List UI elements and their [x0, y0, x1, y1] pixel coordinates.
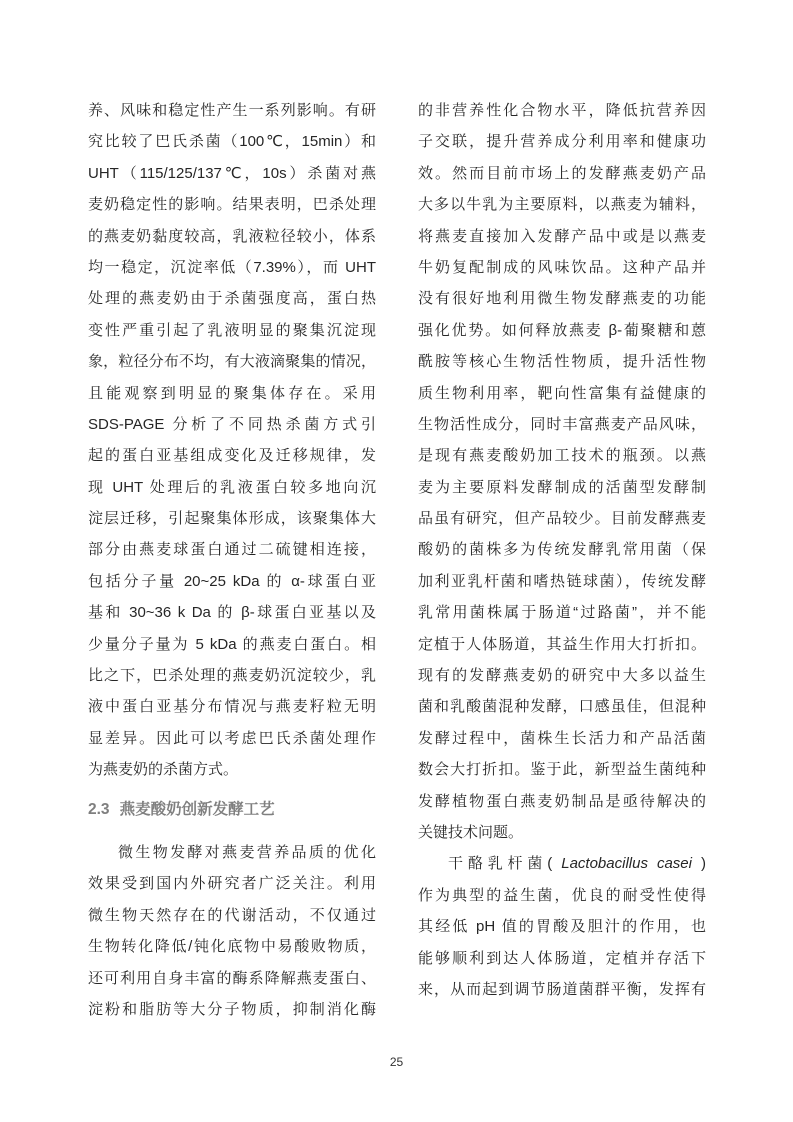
text-line: 处理的燕麦奶由于杀菌强度高，蛋白热 [88, 283, 376, 314]
section-2-2-continuation-text: 养、风味和稳定性产生一系列影响。有研究比较了巴氏杀菌（100℃，15min）和U… [88, 95, 376, 786]
text-line: 酸奶的菌株多为传统发酵乳常用菌（保 [418, 534, 706, 565]
text-line: 微生物天然存在的代谢活动，不仅通过 [88, 900, 376, 931]
text-line: 牛奶复配制成的风味饮品。这种产品并 [418, 252, 706, 283]
text-line: 部分由燕麦球蛋白通过二硫键相连接， [88, 534, 376, 565]
text-line: 麦为主要原料发酵制成的活菌型发酵制 [418, 472, 706, 503]
text-line: 数会大打折扣。鉴于此，新型益生菌纯种 [418, 754, 706, 785]
text-line: 为燕麦奶的杀菌方式。 [88, 754, 376, 785]
text-line: 微生物发酵对燕麦营养品质的优化 [88, 837, 376, 868]
text-line: 现 UHT 处理后的乳液蛋白较多地向沉 [88, 472, 376, 503]
text-line: 是现有燕麦酸奶加工技术的瓶颈。以燕 [418, 440, 706, 471]
text-line: 的非营养性化合物水平，降低抗营养因 [418, 95, 706, 126]
text-line: 来，从而起到调节肠道菌群平衡，发挥有 [418, 974, 706, 1005]
section-number: 2.3 [88, 801, 110, 818]
text-line: 生物活性成分，同时丰富燕麦产品风味， [418, 409, 706, 440]
text-line: 显差异。因此可以考虑巴氏杀菌处理作 [88, 723, 376, 754]
section-2-3-paragraph-text: 微生物发酵对燕麦营养品质的优化效果受到国内外研究者广泛关注。利用微生物天然存在的… [88, 837, 376, 1025]
text-line: 象，粒径分布不均，有大液滴聚集的情况， [88, 346, 376, 377]
text-line: 干酪乳杆菌( Lactobacillus casei ) [418, 848, 706, 879]
text-line: 均一稳定，沉淀率低（7.39%），而 UHT [88, 252, 376, 283]
text-segment: ) [692, 855, 706, 872]
text-line: 且能观察到明显的聚集体存在。采用 [88, 378, 376, 409]
text-line: 究比较了巴氏杀菌（100℃，15min）和 [88, 126, 376, 157]
document-page: 养、风味和稳定性产生一系列影响。有研究比较了巴氏杀菌（100℃，15min）和U… [0, 0, 793, 1122]
text-line: 发酵植物蛋白燕麦奶制品是亟待解决的 [418, 786, 706, 817]
text-line: 质生物利用率，靶向性富集有益健康的 [418, 378, 706, 409]
text-line: 作为典型的益生菌，优良的耐受性使得 [418, 880, 706, 911]
text-line: 定植于人体肠道，其益生作用大打折扣。 [418, 629, 706, 660]
text-segment: 干酪乳杆菌( [448, 855, 561, 872]
text-line: 效果受到国内外研究者广泛关注。利用 [88, 868, 376, 899]
text-line: 子交联，提升营养成分利用率和健康功 [418, 126, 706, 157]
text-line: 没有很好地利用微生物发酵燕麦的功能 [418, 283, 706, 314]
text-line: 起的蛋白亚基组成变化及迁移规律，发 [88, 440, 376, 471]
left-column: 养、风味和稳定性产生一系列影响。有研究比较了巴氏杀菌（100℃，15min）和U… [88, 95, 376, 1025]
text-line: 能够顺利到达人体肠道，定植并存活下 [418, 943, 706, 974]
text-line: 酰胺等核心生物活性物质，提升活性物 [418, 346, 706, 377]
section-heading: 2.3燕麦酸奶创新发酵工艺 [88, 794, 376, 825]
text-line: 包括分子量 20~25 kDa 的 α-球蛋白亚 [88, 566, 376, 597]
text-line: 麦奶稳定性的影响。结果表明，巴杀处理 [88, 189, 376, 220]
right-column: 的非营养性化合物水平，降低抗营养因子交联，提升营养成分利用率和健康功效。然而目前… [418, 95, 706, 1005]
text-line: 基和 30~36 k Da 的 β-球蛋白亚基以及 [88, 597, 376, 628]
text-line: 其经低 pH 值的胃酸及胆汁的作用，也 [418, 911, 706, 942]
text-line: 效。然而目前市场上的发酵燕麦奶产品 [418, 158, 706, 189]
section-title: 燕麦酸奶创新发酵工艺 [120, 801, 275, 818]
text-line: 乳常用菌株属于肠道“过路菌”，并不能 [418, 597, 706, 628]
species-name-italic: Lactobacillus casei [561, 855, 692, 872]
probiotic-paragraph-text: 干酪乳杆菌( Lactobacillus casei )作为典型的益生菌，优良的… [418, 848, 706, 1005]
text-line: 养、风味和稳定性产生一系列影响。有研 [88, 95, 376, 126]
text-line: SDS-PAGE 分析了不同热杀菌方式引 [88, 409, 376, 440]
text-line: 的燕麦奶黏度较高，乳液粒径较小，体系 [88, 221, 376, 252]
text-line: 大多以牛乳为主要原料，以燕麦为辅料， [418, 189, 706, 220]
right-column-continuation-text: 的非营养性化合物水平，降低抗营养因子交联，提升营养成分利用率和健康功效。然而目前… [418, 95, 706, 848]
text-line: 还可利用自身丰富的酶系降解燕麦蛋白、 [88, 963, 376, 994]
page-number: 25 [0, 1055, 793, 1069]
text-line: 少量分子量为 5 kDa 的燕麦白蛋白。相 [88, 629, 376, 660]
text-line: UHT（115/125/137℃，10s）杀菌对燕 [88, 158, 376, 189]
text-line: 现有的发酵燕麦奶的研究中大多以益生 [418, 660, 706, 691]
text-line: 将燕麦直接加入发酵产品中或是以燕麦 [418, 221, 706, 252]
text-line: 菌和乳酸菌混种发酵，口感虽佳，但混种 [418, 691, 706, 722]
text-line: 液中蛋白亚基分布情况与燕麦籽粒无明 [88, 691, 376, 722]
text-line: 强化优势。如何释放燕麦 β-葡聚糖和蒽 [418, 315, 706, 346]
text-line: 生物转化降低/钝化底物中易酸败物质， [88, 931, 376, 962]
text-line: 关键技术问题。 [418, 817, 706, 848]
text-line: 变性严重引起了乳液明显的聚集沉淀现 [88, 315, 376, 346]
text-line: 加利亚乳杆菌和嗜热链球菌），传统发酵 [418, 566, 706, 597]
text-line: 淀粉和脂肪等大分子物质，抑制消化酶 [88, 994, 376, 1025]
text-line: 比之下，巴杀处理的燕麦奶沉淀较少，乳 [88, 660, 376, 691]
text-line: 品虽有研究，但产品较少。目前发酵燕麦 [418, 503, 706, 534]
text-line: 淀层迁移，引起聚集体形成，该聚集体大 [88, 503, 376, 534]
text-line: 发酵过程中，菌株生长活力和产品活菌 [418, 723, 706, 754]
